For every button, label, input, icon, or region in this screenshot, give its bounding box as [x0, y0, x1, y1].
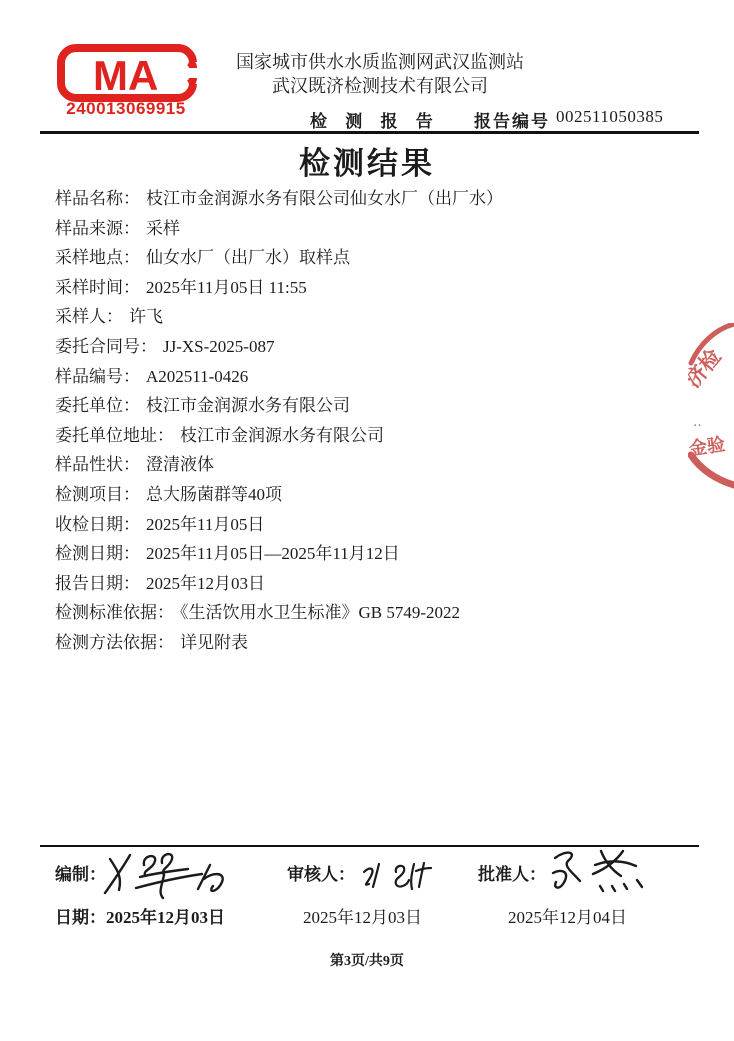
- approved-by-label: 批准人：: [478, 860, 546, 885]
- org-line2: 武汉既济检测技术有限公司: [180, 74, 580, 98]
- signature-approved: [543, 843, 663, 901]
- prepared-by-label: 编制：: [55, 860, 106, 885]
- field-label: 委托合同号：: [55, 337, 157, 356]
- field-value: 枝江市金润源水务有限公司: [146, 396, 350, 415]
- field-value: 仙女水厂（出厂水）取样点: [146, 248, 350, 267]
- field-label: 采样人：: [55, 307, 123, 326]
- field-value: 2025年11月05日: [146, 515, 264, 534]
- field-value: 枝江市金润源水务有限公司: [180, 426, 384, 445]
- field-label: 样品名称：: [55, 189, 140, 208]
- reviewed-by-label: 审核人：: [287, 860, 355, 885]
- approved-date: 2025年12月04日: [508, 903, 627, 928]
- field-value: 2025年12月03日: [146, 574, 265, 593]
- field-label: 收检日期：: [55, 515, 140, 534]
- red-seal-stamp-icon: 济检 ‥ 金验: [688, 323, 734, 498]
- field-row-method-basis: 检测方法依据：详见附表: [55, 628, 695, 658]
- field-value: 总大肠菌群等40项: [146, 485, 282, 504]
- field-label: 委托单位：: [55, 396, 140, 415]
- field-row-client: 委托单位：枝江市金润源水务有限公司: [55, 391, 695, 421]
- report-number-row: 检 测 报 告 报告编号 002511050385: [0, 107, 734, 131]
- field-value: A202511-0426: [146, 367, 248, 386]
- field-value: 许飞: [129, 307, 163, 326]
- field-row-sampling-time: 采样时间：2025年11月05日 11:55: [55, 273, 695, 303]
- report-type-label: 检 测 报 告: [310, 107, 440, 132]
- field-label: 委托单位地址：: [55, 426, 174, 445]
- field-label: 报告日期：: [55, 574, 140, 593]
- sample-info-list: 样品名称：枝江市金润源水务有限公司仙女水厂（出厂水） 样品来源：采样 采样地点：…: [55, 184, 695, 658]
- stamp-fragment-dots: ‥: [693, 414, 702, 429]
- field-value: 枝江市金润源水务有限公司仙女水厂（出厂水）: [146, 189, 503, 208]
- page-indicator: 第3页/共9页: [0, 950, 734, 970]
- field-label: 样品来源：: [55, 219, 140, 238]
- field-label: 检测标准依据：: [55, 603, 174, 622]
- field-label: 检测方法依据：: [55, 633, 174, 652]
- field-row-sample-no: 样品编号：A202511-0426: [55, 362, 695, 392]
- org-line1: 国家城市供水水质监测网武汉监测站: [180, 50, 580, 74]
- field-value: 《生活饮用水卫生标准》GB 5749-2022: [180, 603, 460, 622]
- field-row-sample-name: 样品名称：枝江市金润源水务有限公司仙女水厂（出厂水）: [55, 184, 695, 214]
- field-row-test-items: 检测项目：总大肠菌群等40项: [55, 480, 695, 510]
- cma-logo-icon: MA: [57, 44, 197, 102]
- field-label: 样品性状：: [55, 455, 140, 474]
- prepared-date: 日期：2025年12月03日: [55, 903, 225, 928]
- reviewed-date: 2025年12月03日: [303, 903, 422, 928]
- page-title: 检测结果: [0, 138, 734, 183]
- field-row-receive-date: 收检日期：2025年11月05日: [55, 510, 695, 540]
- field-row-sampler: 采样人：许飞: [55, 302, 695, 332]
- field-value: 2025年11月05日 11:55: [146, 278, 307, 297]
- field-label: 样品编号：: [55, 367, 140, 386]
- field-label: 采样地点：: [55, 248, 140, 267]
- signature-reviewed: [356, 856, 444, 894]
- field-label: 检测日期：: [55, 544, 140, 563]
- field-value: 采样: [146, 219, 180, 238]
- stamp-fragment-upper: 济检: [688, 345, 726, 393]
- field-row-sample-state: 样品性状：澄清液体: [55, 450, 695, 480]
- stamp-fragment-lower: 金验: [688, 433, 726, 459]
- report-no-value: 002511050385: [556, 107, 663, 127]
- field-row-sampling-site: 采样地点：仙女水厂（出厂水）取样点: [55, 243, 695, 273]
- field-row-standard-basis: 检测标准依据：《生活饮用水卫生标准》GB 5749-2022: [55, 598, 695, 628]
- field-value: JJ-XS-2025-087: [163, 337, 274, 356]
- field-row-sample-source: 样品来源：采样: [55, 214, 695, 244]
- field-row-client-address: 委托单位地址：枝江市金润源水务有限公司: [55, 421, 695, 451]
- field-label: 检测项目：: [55, 485, 140, 504]
- signature-prepared: [100, 843, 240, 903]
- field-row-test-date: 检测日期：2025年11月05日—2025年11月12日: [55, 539, 695, 569]
- field-value: 澄清液体: [146, 455, 214, 474]
- field-value: 2025年11月05日—2025年11月12日: [146, 544, 400, 563]
- cma-mark-text: MA: [93, 52, 158, 99]
- header-divider: [40, 131, 699, 134]
- org-name-block: 国家城市供水水质监测网武汉监测站 武汉既济检测技术有限公司: [180, 50, 580, 98]
- field-value: 详见附表: [180, 633, 248, 652]
- field-label: 采样时间：: [55, 278, 140, 297]
- report-page: MA 240013069915 国家城市供水水质监测网武汉监测站 武汉既济检测技…: [0, 0, 734, 1041]
- report-no-label: 报告编号: [474, 107, 550, 132]
- field-row-contract-no: 委托合同号：JJ-XS-2025-087: [55, 332, 695, 362]
- field-row-report-date: 报告日期：2025年12月03日: [55, 569, 695, 599]
